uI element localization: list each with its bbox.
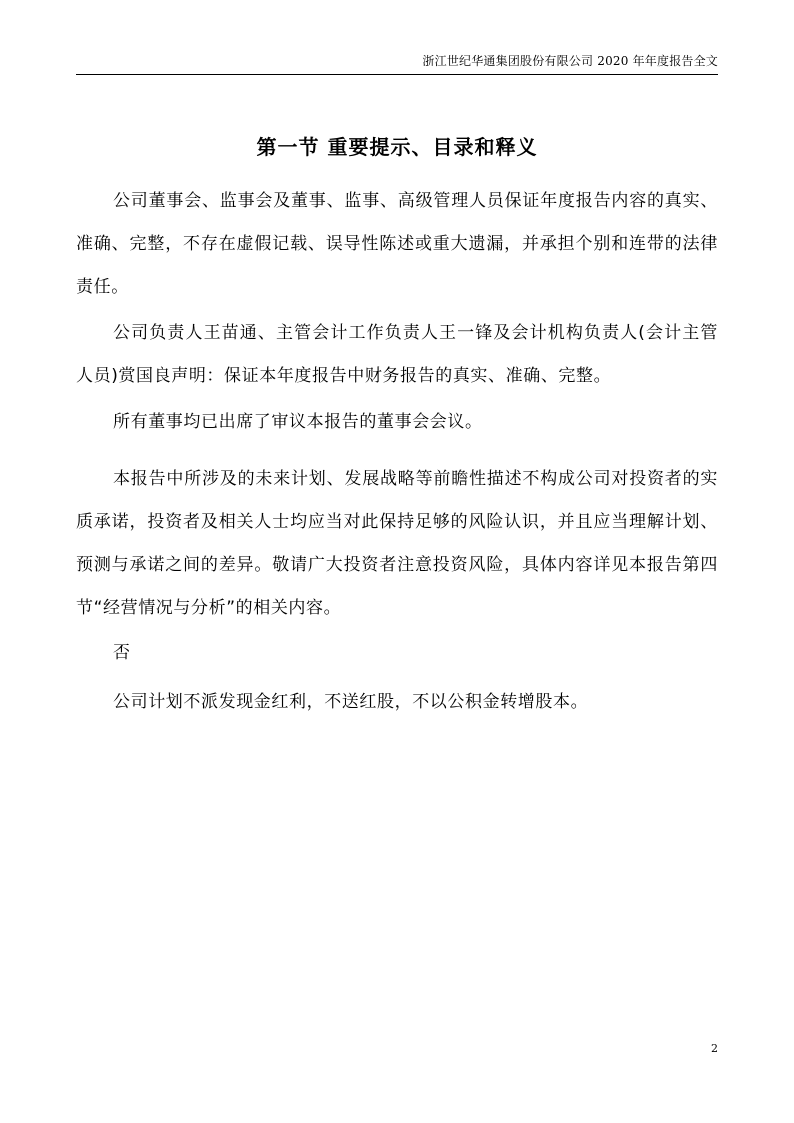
paragraph-answer-no: 否 [76, 632, 718, 675]
paragraph-dividend-plan: 公司计划不派发现金红利，不送红股，不以公积金转增股本。 [76, 681, 718, 724]
paragraph-forward-looking: 本报告中所涉及的未来计划、发展战略等前瞻性描述不构成公司对投资者的实质承诺，投资… [76, 458, 718, 630]
page-number: 2 [711, 1042, 718, 1055]
report-header-title: 浙江世纪华通集团股份有限公司 2020 年年度报告全文 [422, 52, 718, 69]
page-header: 浙江世纪华通集团股份有限公司 2020 年年度报告全文 [76, 50, 718, 75]
section-title: 第一节 重要提示、目录和释义 [0, 131, 794, 160]
paragraph-directors-attendance: 所有董事均已出席了审议本报告的董事会会议。 [76, 401, 718, 444]
paragraph-board-guarantee: 公司董事会、监事会及董事、监事、高级管理人员保证年度报告内容的真实、准确、完整，… [76, 180, 718, 309]
paragraph-responsible-persons: 公司负责人王苗通、主管会计工作负责人王一锋及会计机构负责人(会计主管人员)赏国良… [76, 312, 718, 398]
